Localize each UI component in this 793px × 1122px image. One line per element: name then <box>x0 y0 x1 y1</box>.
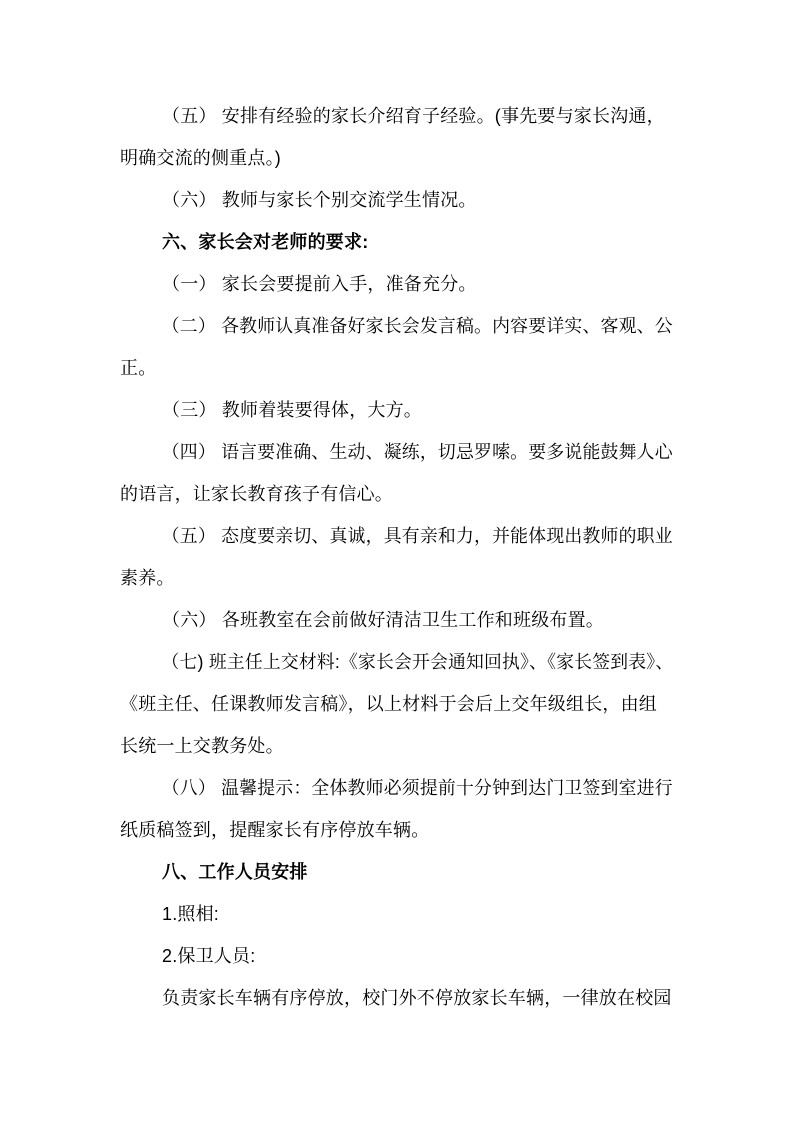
paragraph: （六） 各班教室在会前做好清洁卫生工作和班级布置。 <box>120 599 673 641</box>
text-line: 长统一上交教务处。 <box>120 725 673 767</box>
document-page: （五） 安排有经验的家长介绍育子经验。(事先要与家长沟通，明确交流的侧重点。)（… <box>0 0 793 1122</box>
paragraph: （二） 各教师认真准备好家长会发言稿。内容要详实、客观、公正。 <box>120 305 673 389</box>
paragraph: （三） 教师着装要得体，大方。 <box>120 389 673 431</box>
paragraph: （一） 家长会要提前入手，准备充分。 <box>120 263 673 305</box>
text-line: （六） 各班教室在会前做好清洁卫生工作和班级布置。 <box>120 599 673 641</box>
text-line: 2.保卫人员: <box>120 935 673 977</box>
text-line: （四） 语言要准确、生动、凝练，切忌罗嗦。要多说能鼓舞人心 <box>120 431 669 473</box>
text-line: （八） 温馨提示：全体教师必须提前十分钟到达门卫签到室进行 <box>120 767 669 809</box>
text-line: 素养。 <box>120 557 673 599</box>
paragraph: 1.照相: <box>120 893 673 935</box>
paragraph: 2.保卫人员: <box>120 935 673 977</box>
paragraph: 负责家长车辆有序停放，校门外不停放家长车辆，一律放在校园 <box>120 977 673 1019</box>
text-line: （五） 安排有经验的家长介绍育子经验。(事先要与家长沟通， <box>120 95 673 137</box>
text-line: （七) 班主任上交材料:《家长会开会通知回执》、《家长签到表》、 <box>120 641 667 683</box>
text-line: （一） 家长会要提前入手，准备充分。 <box>120 263 673 305</box>
document-content: （五） 安排有经验的家长介绍育子经验。(事先要与家长沟通，明确交流的侧重点。)（… <box>120 95 673 1019</box>
text-line: 八、工作人员安排 <box>120 851 673 893</box>
paragraph: （六） 教师与家长个别交流学生情况。 <box>120 179 673 221</box>
text-line: 负责家长车辆有序停放，校门外不停放家长车辆，一律放在校园 <box>120 977 673 1019</box>
paragraph: （五） 态度要亲切、真诚，具有亲和力，并能体现出教师的职业素养。 <box>120 515 673 599</box>
section-heading: 八、工作人员安排 <box>120 851 673 893</box>
text-line: （五） 态度要亲切、真诚，具有亲和力，并能体现出教师的职业 <box>120 515 669 557</box>
paragraph: （四） 语言要准确、生动、凝练，切忌罗嗦。要多说能鼓舞人心的语言，让家长教育孩子… <box>120 431 673 515</box>
text-line: 的语言，让家长教育孩子有信心。 <box>120 473 673 515</box>
text-line: 六、家长会对老师的要求: <box>120 221 673 263</box>
section-heading: 六、家长会对老师的要求: <box>120 221 673 263</box>
text-line: 明确交流的侧重点。) <box>120 137 673 179</box>
text-line: 《班主任、任课教师发言稿》，以上材料于会后上交年级组长，由组 <box>120 683 673 725</box>
paragraph: （七) 班主任上交材料:《家长会开会通知回执》、《家长签到表》、《班主任、任课教… <box>120 641 673 767</box>
text-line: 纸质稿签到，提醒家长有序停放车辆。 <box>120 809 673 851</box>
text-line: 1.照相: <box>120 893 673 935</box>
text-line: （六） 教师与家长个别交流学生情况。 <box>120 179 673 221</box>
text-line: 正。 <box>120 347 673 389</box>
paragraph: （五） 安排有经验的家长介绍育子经验。(事先要与家长沟通，明确交流的侧重点。) <box>120 95 673 179</box>
text-line: （三） 教师着装要得体，大方。 <box>120 389 673 431</box>
paragraph: （八） 温馨提示：全体教师必须提前十分钟到达门卫签到室进行纸质稿签到，提醒家长有… <box>120 767 673 851</box>
text-line: （二） 各教师认真准备好家长会发言稿。内容要详实、客观、公 <box>120 305 669 347</box>
